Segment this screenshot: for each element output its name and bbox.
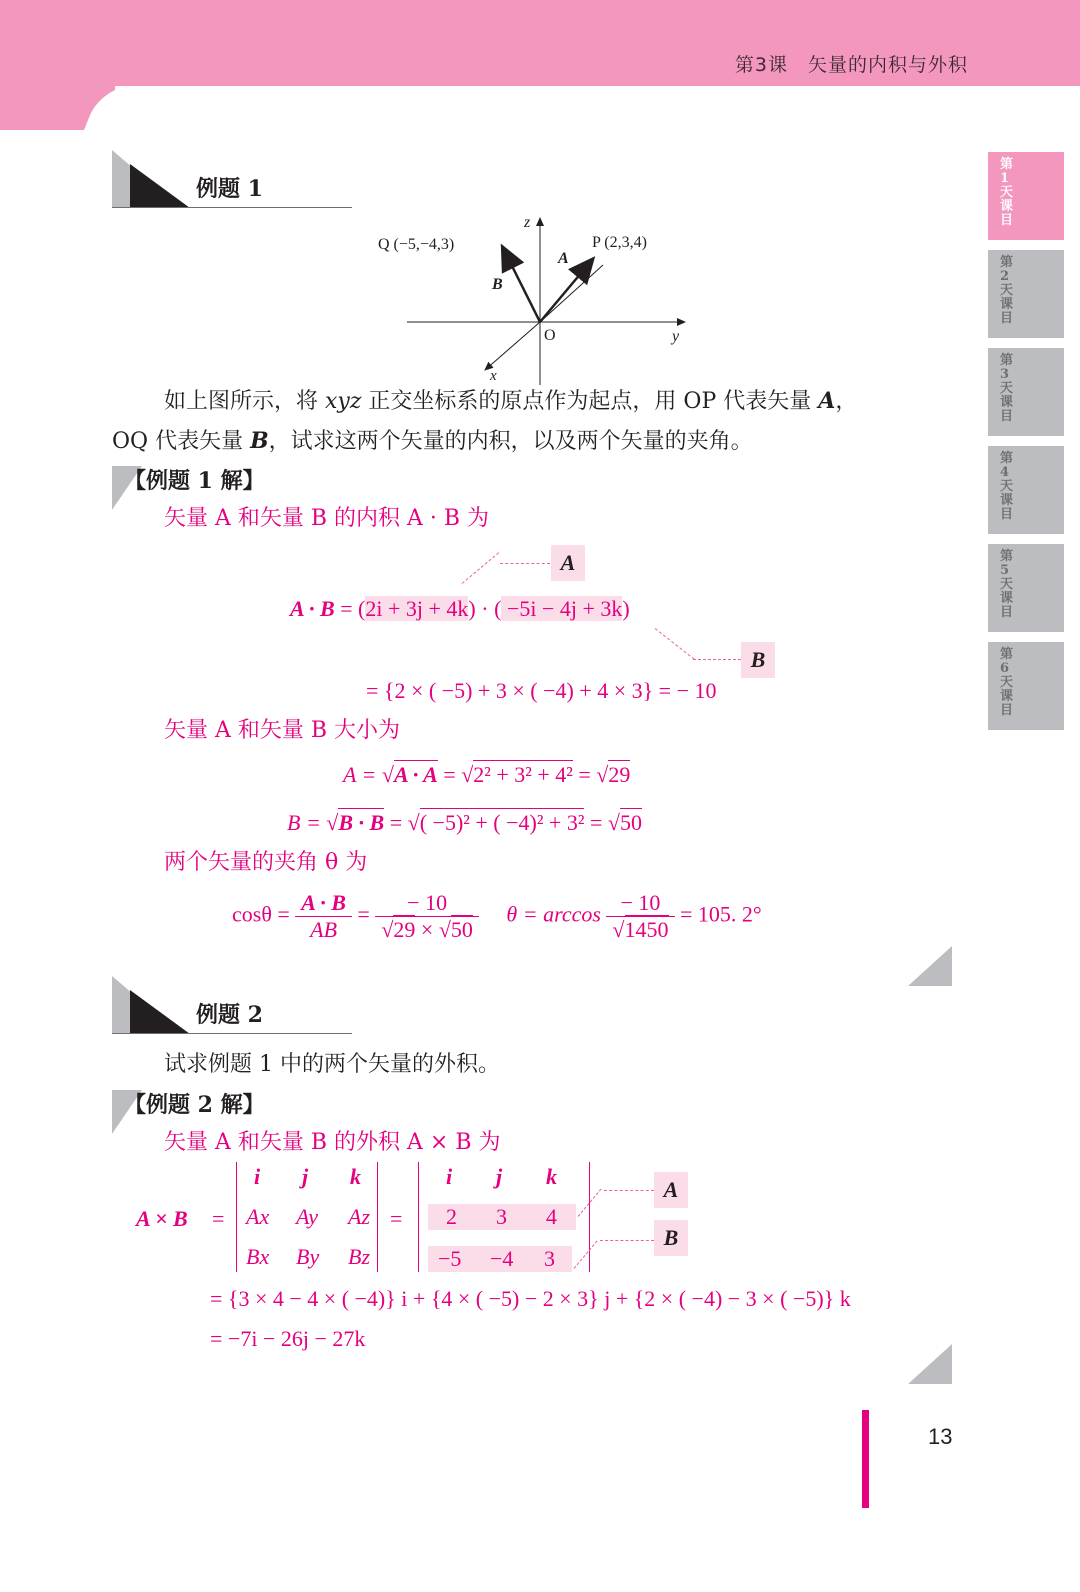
heading-black-triangle (130, 990, 190, 1034)
side-tab-day-6[interactable]: 第 6 天 课 目 (988, 642, 1064, 730)
tab-char: 第 (1000, 256, 1013, 270)
vector-a-components: 2i + 3j + 4k (365, 596, 468, 621)
vector-b-components: −5i − 4j + 3k (501, 596, 622, 621)
text: B (250, 428, 269, 454)
tab-char: 第 (1000, 648, 1013, 662)
det-cell: j (302, 1164, 350, 1190)
text: ， (835, 389, 857, 414)
denominator: √29 × √50 (375, 917, 479, 943)
symbolic-det-row-3: BxByBz (246, 1244, 378, 1270)
callout-vector-b: B (741, 642, 775, 678)
solution-2-title: 【例题 2 解】 (124, 1088, 265, 1119)
numeric-det-row-3: −5−43 (428, 1246, 572, 1272)
vector-a-label: A (558, 250, 569, 268)
side-tab-day-2[interactable]: 第 2 天 课 目 (988, 250, 1064, 338)
text: B = (287, 810, 326, 835)
section-end-marker (908, 946, 952, 986)
denominator: √1450 (606, 917, 674, 943)
text: xyz (325, 389, 361, 414)
tab-char: 天 (1000, 676, 1013, 690)
callout-vector-a: A (654, 1172, 688, 1208)
heading-gray-triangle (112, 150, 131, 208)
text: cosθ = (232, 902, 295, 927)
side-tab-day-1[interactable]: 第 1 天 课 目 (988, 152, 1064, 240)
example-1-title: 例题 1 (196, 172, 263, 203)
tab-char: 课 (1000, 690, 1013, 704)
equals-sign: = (390, 1206, 402, 1232)
solution-2-intro: 矢量 A 和矢量 B 的外积 A × B 为 (164, 1124, 501, 1162)
example-2-title: 例题 2 (196, 998, 263, 1029)
numeric-det-row-2: 234 (428, 1204, 576, 1230)
heading-underline (112, 1033, 352, 1034)
det-cell: Ay (296, 1204, 348, 1230)
tab-char: 天 (1000, 578, 1013, 592)
tab-char: 课 (1000, 298, 1013, 312)
page-area-top (115, 86, 1080, 130)
det-cell: k (350, 1164, 380, 1190)
tab-char: 第 (1000, 452, 1013, 466)
numerator: A · B (295, 890, 352, 917)
callout-b-leader (600, 1240, 654, 1241)
text: ) · ( (468, 596, 501, 621)
fraction: − 10√1450 (606, 890, 674, 943)
sqrt-term: 1450 (625, 915, 669, 942)
tab-char: 课 (1000, 396, 1013, 410)
lesson-title: 第3课 矢量的内积与外积 (735, 50, 968, 77)
symbolic-det-row-2: AxAyAz (246, 1204, 378, 1230)
text: 正交坐标系的原点作为起点，用 OP 代表矢量 (361, 389, 818, 414)
tab-char: 课 (1000, 494, 1013, 508)
callout-b-leader-diagonal (655, 628, 695, 660)
text: ，试求这两个矢量的内积，以及两个矢量的夹角。 (269, 429, 753, 454)
fraction: − 10√29 × √50 (375, 890, 479, 943)
tab-char: 1 (1000, 172, 1009, 186)
cross-product-lhs: A × B (136, 1206, 188, 1232)
fraction: A · BAB (295, 890, 352, 943)
sqrt-term: 29 (393, 915, 415, 942)
det-cell: 2 (446, 1204, 496, 1230)
cross-product-result: = −7i − 26j − 27k (210, 1326, 365, 1352)
sqrt-term: 50 (451, 915, 473, 942)
text: 如上图所示，将 (164, 389, 325, 414)
det-cell: 3 (496, 1204, 546, 1230)
text: = ( (335, 596, 366, 621)
text: A = (343, 762, 382, 787)
tab-char: 目 (1000, 312, 1013, 326)
sqrt-term: 29 (608, 760, 630, 787)
magnitude-a-equation: A = √A · A = √2² + 3² + 4² = √29 (343, 762, 630, 788)
numeric-det-row-1: ijk (446, 1164, 576, 1190)
dot-product-equation: A · B = (2i + 3j + 4k) · ( −5i − 4j + 3k… (290, 596, 630, 622)
tab-char: 目 (1000, 410, 1013, 424)
tab-char: 课 (1000, 592, 1013, 606)
tab-char: 目 (1000, 606, 1013, 620)
tab-char: 天 (1000, 186, 1013, 200)
tab-char: 3 (1000, 368, 1009, 382)
solution-1-title: 【例题 1 解】 (124, 464, 265, 495)
det-cell: By (296, 1244, 348, 1270)
det-cell: 4 (546, 1204, 570, 1230)
tab-char: 6 (1000, 662, 1009, 676)
determinant-bar-right (589, 1162, 590, 1272)
origin-label: O (544, 327, 556, 345)
numerator: − 10 (606, 890, 674, 917)
callout-a-leader (604, 1190, 654, 1191)
solution-1-intro-magnitude: 矢量 A 和矢量 B 大小为 (164, 712, 400, 750)
tab-char: 目 (1000, 508, 1013, 522)
equals-sign: = (212, 1206, 224, 1232)
dot-product-result: = {2 × ( −5) + 3 × ( −4) + 4 × 3} = − 10 (366, 678, 717, 704)
heading-black-triangle (130, 164, 190, 208)
sqrt-term: 2² + 3² + 4² (473, 760, 573, 787)
tab-char: 课 (1000, 200, 1013, 214)
denominator: AB (295, 917, 352, 943)
sqrt-term: B · B (338, 808, 384, 835)
side-tab-day-3[interactable]: 第 3 天 课 目 (988, 348, 1064, 436)
problem-2-text: 试求例题 1 中的两个矢量的外积。 (164, 1046, 500, 1084)
angle-equation: cosθ = A · BAB = − 10√29 × √50 θ = arcco… (232, 890, 762, 943)
sqrt-term: ( −5)² + ( −4)² + 3² (420, 808, 585, 835)
sqrt-term: A · A (394, 760, 438, 787)
page-number-bar (862, 1410, 869, 1508)
heading-underline (112, 207, 352, 208)
callout-vector-a: A (551, 545, 585, 581)
heading-gray-triangle (112, 976, 131, 1034)
example-2-heading: 例题 2 (112, 976, 352, 1034)
vector-figure: Q (−5,−4,3) P (2,3,4) z y x O A B (360, 210, 700, 385)
det-cell: Ax (246, 1204, 296, 1230)
problem-1-line-2: OQ 代表矢量 B，试求这两个矢量的内积，以及两个矢量的夹角。 (112, 422, 753, 461)
cross-product-expansion: = {3 × 4 − 4 × ( −4)} i + {4 × ( −5) − 2… (210, 1286, 851, 1312)
det-cell: Bx (246, 1244, 296, 1270)
callout-a-leader (500, 563, 550, 564)
point-p-label: P (2,3,4) (592, 234, 647, 252)
det-cell: i (254, 1164, 302, 1190)
tab-char: 天 (1000, 284, 1013, 298)
angle-result: = 105. 2° (675, 902, 762, 927)
dot-lhs: A · B (290, 596, 335, 621)
numerator: − 10 (375, 890, 479, 917)
tab-char: 2 (1000, 270, 1009, 284)
det-cell: Az (348, 1204, 378, 1230)
callout-a-leader-diagonal (462, 552, 499, 584)
text: × (415, 917, 438, 942)
tab-char: 目 (1000, 214, 1013, 228)
symbolic-det-row-1: ijk (254, 1164, 380, 1190)
tab-char: 天 (1000, 382, 1013, 396)
magnitude-b-equation: B = √B · B = √( −5)² + ( −4)² + 3² = √50 (287, 810, 642, 836)
text: θ = arccos (506, 902, 606, 927)
tab-char: 5 (1000, 564, 1009, 578)
tab-char: 第 (1000, 550, 1013, 564)
tab-char: 4 (1000, 466, 1009, 480)
det-cell: −4 (490, 1246, 544, 1272)
determinant-bar-left (236, 1162, 237, 1272)
side-day-tabs: 第 1 天 课 目 第 2 天 课 目 第 3 天 课 目 第 4 天 课 目 … (988, 152, 1064, 740)
det-cell: −5 (438, 1246, 490, 1272)
problem-1-line-1: 如上图所示，将 xyz 正交坐标系的原点作为起点，用 OP 代表矢量 A， (164, 382, 857, 421)
det-cell: i (446, 1164, 496, 1190)
det-cell: j (496, 1164, 546, 1190)
solution-1-intro-dot: 矢量 A 和矢量 B 的内积 A · B 为 (164, 500, 489, 538)
point-q-label: Q (−5,−4,3) (378, 236, 454, 254)
callout-b-leader (693, 659, 741, 660)
determinant-bar-left (418, 1162, 419, 1272)
vector-b-label: B (492, 276, 503, 294)
sqrt-term: 50 (620, 808, 642, 835)
page-number: 13 (928, 1424, 952, 1450)
side-tab-day-4[interactable]: 第 4 天 课 目 (988, 446, 1064, 534)
y-axis-label: y (672, 328, 679, 346)
z-axis-label: z (524, 214, 530, 232)
tab-char: 第 (1000, 354, 1013, 368)
det-cell: k (546, 1164, 576, 1190)
tab-char: 天 (1000, 480, 1013, 494)
det-cell: 3 (544, 1246, 564, 1272)
side-tab-day-5[interactable]: 第 5 天 课 目 (988, 544, 1064, 632)
callout-b-leader-diagonal (574, 1241, 598, 1269)
text: OQ 代表矢量 (112, 429, 250, 454)
section-end-marker (908, 1344, 952, 1384)
example-1-heading: 例题 1 (112, 150, 352, 208)
det-cell: Bz (348, 1244, 378, 1270)
tab-char: 第 (1000, 158, 1013, 172)
callout-vector-b: B (654, 1220, 688, 1256)
text: A (818, 388, 835, 414)
tab-char: 目 (1000, 704, 1013, 718)
solution-1-intro-angle: 两个矢量的夹角 θ 为 (164, 844, 367, 882)
text: ) (622, 596, 629, 621)
